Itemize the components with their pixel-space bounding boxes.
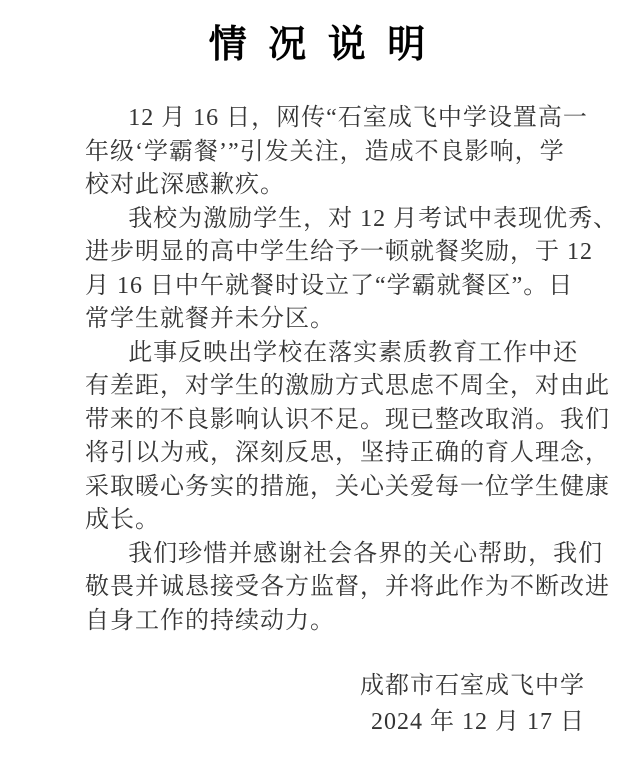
document-body: 12 月 16 日，网传“石室成飞中学设置高一 年级‘学霸餐’”引发关注，造成不… — [0, 102, 640, 638]
document-title: 情 况 说 明 — [0, 0, 640, 68]
signature-school-name: 成都市石室成飞中学 — [0, 668, 585, 704]
situation-statement-document: 情 况 说 明 12 月 16 日，网传“石室成飞中学设置高一 年级‘学霸餐’”… — [0, 0, 640, 759]
paragraph-incident: 12 月 16 日，网传“石室成飞中学设置高一 年级‘学霸餐’”引发关注，造成不… — [85, 102, 622, 203]
paragraph-explanation: 我校为激励学生，对 12 月考试中表现优秀、 进步明显的高中学生给予一顿就餐奖励… — [85, 203, 622, 337]
paragraph-reflection: 此事反映出学校在落实素质教育工作中还 有差距，对学生的激励方式思虑不周全，对由此… — [85, 337, 622, 538]
paragraph-thanks: 我们珍惜并感谢社会各界的关心帮助，我们 敬畏并诚恳接受各方监督，并将此作为不断改… — [85, 538, 622, 639]
signature-block: 成都市石室成飞中学 2024 年 12 月 17 日 — [0, 668, 640, 740]
signature-date: 2024 年 12 月 17 日 — [0, 704, 585, 740]
